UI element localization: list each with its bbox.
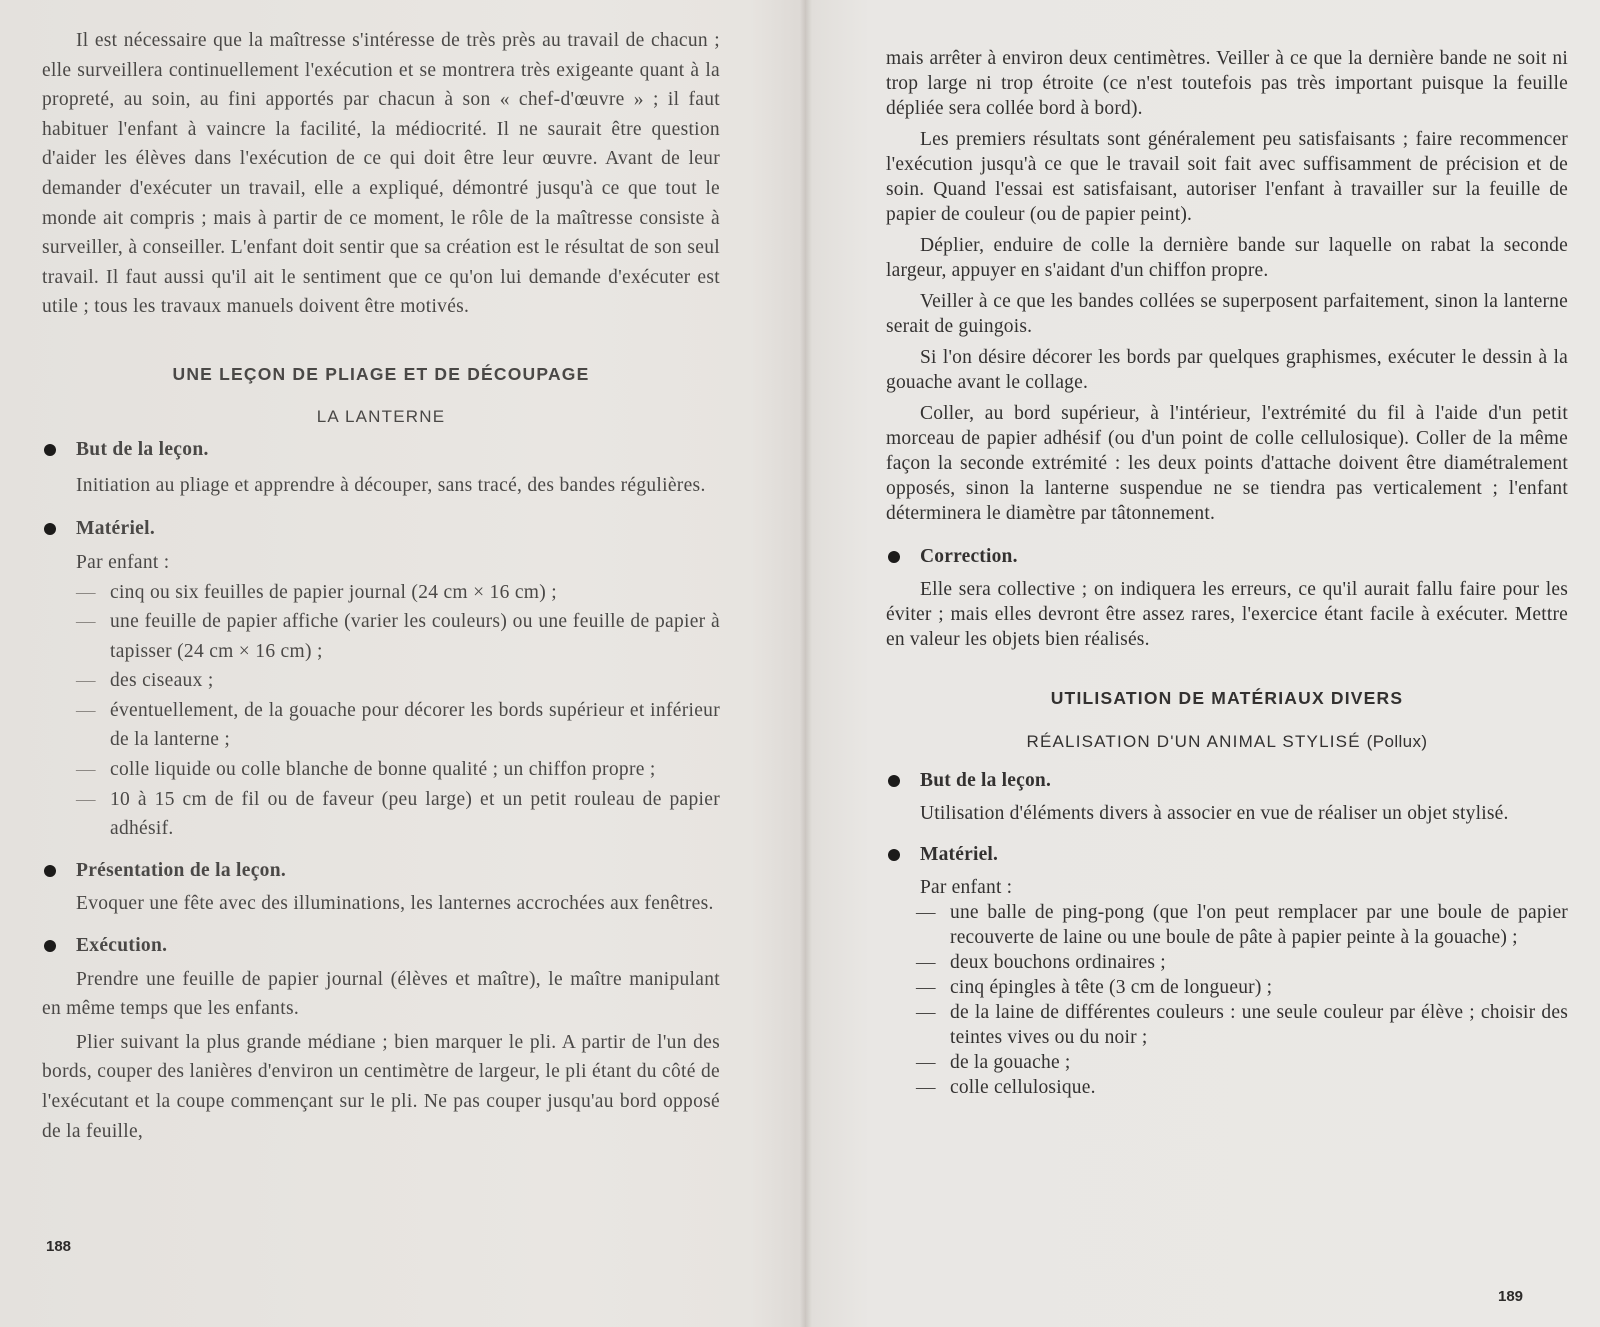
dash-icon: —	[76, 696, 110, 755]
heading-materiel-label: Matériel.	[76, 514, 155, 544]
list-item: —de la laine de différentes couleurs : u…	[916, 1000, 1568, 1050]
page-number-left: 188	[46, 1238, 71, 1255]
correction-text: Elle sera collective ; on indiquera les …	[886, 577, 1568, 652]
dash-icon: —	[76, 607, 110, 666]
heading-execution-label: Exécution.	[76, 931, 167, 961]
materiel-intro: Par enfant :	[886, 875, 1568, 900]
dash-icon: —	[916, 1050, 950, 1075]
sub-title: LA LANTERNE	[42, 402, 720, 432]
heading-but-label: But de la leçon.	[76, 435, 209, 465]
heading-execution: Exécution.	[42, 931, 720, 961]
book-spread: Il est nécessaire que la maîtresse s'int…	[0, 0, 1600, 1327]
continuation-paragraph: Coller, au bord supérieur, à l'intérieur…	[886, 401, 1568, 526]
bullet-icon	[44, 523, 56, 535]
bullet-icon	[888, 551, 900, 563]
materiel-list: —une balle de ping-pong (que l'on peut r…	[886, 900, 1568, 1100]
dash-icon: —	[916, 950, 950, 975]
list-item: —cinq ou six feuilles de papier journal …	[76, 578, 720, 608]
list-item: —cinq épingles à tête (3 cm de longueur)…	[916, 975, 1568, 1000]
section-title: UTILISATION DE MATÉRIAUX DIVERS	[886, 686, 1568, 711]
heading-materiel: Matériel.	[42, 514, 720, 544]
list-item: —colle liquide ou colle blanche de bonne…	[76, 755, 720, 785]
continuation-paragraph: Les premiers résultats sont généralement…	[886, 127, 1568, 227]
list-item: —éventuellement, de la gouache pour déco…	[76, 696, 720, 755]
heading-correction-label: Correction.	[920, 544, 1018, 569]
dash-icon: —	[76, 578, 110, 608]
continuation-paragraph: Veiller à ce que les bandes collées se s…	[886, 289, 1568, 339]
section-title: UNE LEÇON DE PLIAGE ET DE DÉCOUPAGE	[42, 360, 720, 390]
left-page: Il est nécessaire que la maîtresse s'int…	[0, 0, 806, 1327]
list-item: —10 à 15 cm de fil ou de faveur (peu lar…	[76, 785, 720, 844]
dash-icon: —	[916, 900, 950, 950]
presentation-text: Evoquer une fête avec des illuminations,…	[42, 889, 720, 919]
list-item: —colle cellulosique.	[916, 1075, 1568, 1100]
page-number-right: 189	[1498, 1288, 1523, 1305]
book-gutter	[800, 0, 812, 1327]
heading-correction: Correction.	[886, 544, 1568, 569]
materiel-list: —cinq ou six feuilles de papier journal …	[42, 578, 720, 844]
sub-title-note: (Pollux)	[1367, 732, 1428, 751]
continuation-paragraph: Déplier, enduire de colle la dernière ba…	[886, 233, 1568, 283]
dash-icon: —	[76, 785, 110, 844]
heading-but-label: But de la leçon.	[920, 768, 1051, 793]
heading-materiel-label: Matériel.	[920, 842, 998, 867]
execution-paragraph: Plier suivant la plus grande médiane ; b…	[42, 1028, 720, 1146]
heading-but: But de la leçon.	[886, 768, 1568, 793]
bullet-icon	[44, 865, 56, 877]
sub-title-label: RÉALISATION D'UN ANIMAL STYLISÉ	[1026, 732, 1360, 751]
sub-title: RÉALISATION D'UN ANIMAL STYLISÉ (Pollux)	[886, 729, 1568, 754]
bullet-icon	[44, 940, 56, 952]
bullet-icon	[44, 444, 56, 456]
dash-icon: —	[76, 755, 110, 785]
heading-presentation-label: Présentation de la leçon.	[76, 856, 286, 886]
bullet-icon	[888, 775, 900, 787]
dash-icon: —	[916, 1000, 950, 1050]
right-page-column: mais arrêter à environ deux centimètres.…	[886, 46, 1568, 1100]
heading-but: But de la leçon.	[42, 435, 720, 465]
execution-paragraph: Prendre une feuille de papier journal (é…	[42, 965, 720, 1024]
dash-icon: —	[916, 975, 950, 1000]
but-text: Utilisation d'éléments divers à associer…	[886, 801, 1568, 826]
bullet-icon	[888, 849, 900, 861]
continuation-paragraph: Si l'on désire décorer les bords par que…	[886, 345, 1568, 395]
list-item: —de la gouache ;	[916, 1050, 1568, 1075]
materiel-intro: Par enfant :	[42, 548, 720, 578]
but-text: Initiation au pliage et apprendre à déco…	[42, 471, 720, 501]
heading-presentation: Présentation de la leçon.	[42, 856, 720, 886]
heading-materiel: Matériel.	[886, 842, 1568, 867]
dash-icon: —	[76, 666, 110, 696]
intro-paragraph: Il est nécessaire que la maîtresse s'int…	[42, 26, 720, 322]
left-page-column: Il est nécessaire que la maîtresse s'int…	[42, 26, 720, 1146]
continuation-paragraph: mais arrêter à environ deux centimètres.…	[886, 46, 1568, 121]
list-item: —une feuille de papier affiche (varier l…	[76, 607, 720, 666]
list-item: —des ciseaux ;	[76, 666, 720, 696]
list-item: —une balle de ping-pong (que l'on peut r…	[916, 900, 1568, 950]
list-item: —deux bouchons ordinaires ;	[916, 950, 1568, 975]
dash-icon: —	[916, 1075, 950, 1100]
